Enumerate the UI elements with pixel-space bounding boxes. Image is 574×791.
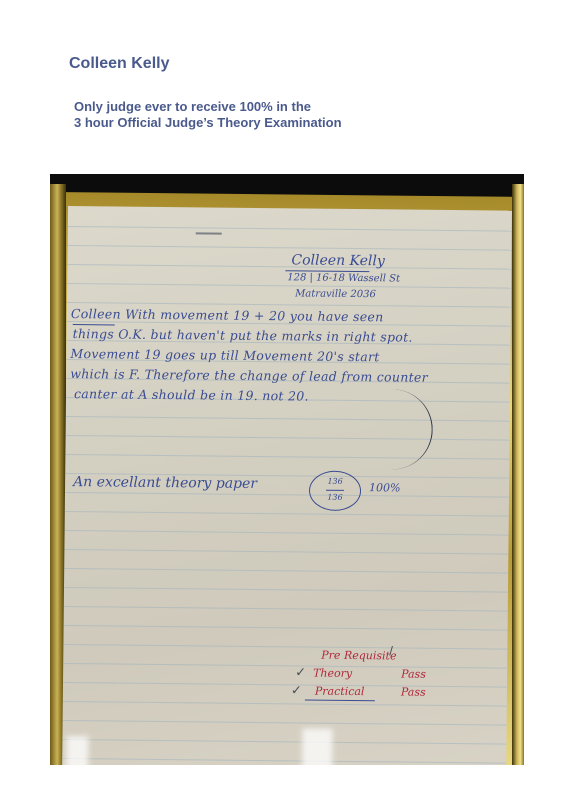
letter-body-line-2: things O.K. but haven't put the marks in… — [73, 326, 413, 345]
glare-highlight — [302, 728, 333, 765]
result-practical-label: Practical — [315, 685, 365, 699]
caption-line-2: 3 hour Official Judge’s Theory Examinati… — [74, 115, 342, 131]
framed-letter-photo: Colleen Kelly 128 | 16-18 Wassell St Mat… — [50, 174, 524, 765]
score-numerator: 136 — [310, 477, 360, 487]
letter-body-line-3: Movement 19 goes up till Movement 20's s… — [70, 346, 379, 364]
lined-paper: Colleen Kelly 128 | 16-18 Wassell St Mat… — [62, 206, 512, 765]
checkmark-icon: ✓ — [295, 664, 306, 680]
letter-signature: Colleen Kelly — [291, 252, 385, 269]
score-percent: 100% — [369, 481, 401, 494]
person-name-heading: Colleen Kelly — [69, 55, 169, 73]
result-theory-label: Theory — [313, 667, 352, 680]
glare-highlight — [66, 736, 88, 765]
staple-mark — [196, 232, 222, 234]
letter-address-line-1: 128 | 16-18 Wassell St — [287, 272, 400, 284]
letter-body-line-5: canter at A should be in 19. not 20. — [74, 386, 309, 403]
checkmark-icon: / — [389, 643, 393, 658]
result-practical-status: Pass — [401, 686, 426, 699]
letter-address-line-2: Matraville 2036 — [295, 288, 376, 300]
practical-underline — [305, 700, 375, 702]
score-fraction-bar — [326, 490, 344, 491]
result-prerequisite-label: Pre Requisite — [321, 649, 396, 663]
achievement-caption: Only judge ever to receive 100% in the 3… — [74, 99, 342, 131]
result-theory-status: Pass — [401, 668, 426, 681]
checkmark-icon: ✓ — [291, 682, 302, 698]
remark-text: An excellant theory paper — [73, 474, 257, 492]
letter-body-line-4: which is F. Therefore the change of lead… — [70, 366, 428, 385]
caption-line-1: Only judge ever to receive 100% in the — [74, 99, 342, 115]
score-denominator: 136 — [310, 493, 360, 503]
gold-frame-right — [512, 184, 524, 765]
score-circle: 136 136 — [309, 471, 361, 512]
